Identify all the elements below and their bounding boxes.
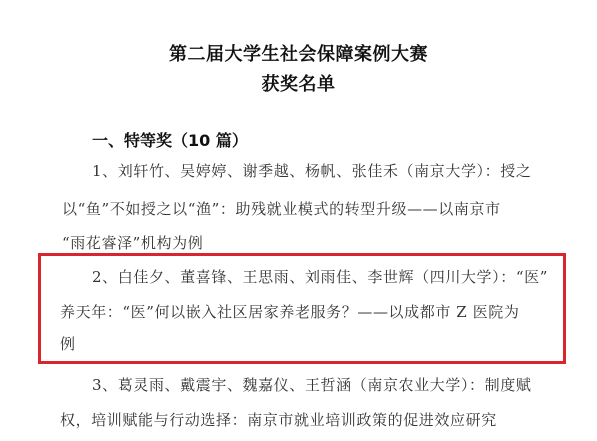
entry-line: 2、白佳夕、董喜锋、王思雨、刘雨佳、李世辉（四川大学）：“医” — [92, 266, 548, 287]
entry-line: 养天年：“医”何以嵌入社区居家养老服务？——以成都市 Z 医院为 — [60, 301, 520, 322]
entry-line: 3、葛灵雨、戴震宇、魏嘉仪、王哲涵（南京农业大学）：制度赋 — [92, 374, 531, 395]
section-heading: 一、特等奖（10 篇） — [92, 128, 248, 151]
entry-line: “雨花睿泽”机构为例 — [62, 232, 203, 253]
entry-line: 权，培训赋能与行动选择：南京市就业培训政策的促进效应研究 — [60, 409, 497, 430]
document-subtitle: 获奖名单 — [0, 70, 597, 96]
entry-line: 例 — [60, 333, 76, 354]
entry-line: 1、刘轩竹、吴婷婷、谢季越、杨帆、张佳禾（南京大学）：授之 — [92, 160, 531, 181]
document-title: 第二届大学生社会保障案例大赛 — [0, 40, 597, 66]
entry-line: 以“鱼”不如授之以“渔”：助残就业模式的转型升级——以南京市 — [62, 198, 501, 219]
